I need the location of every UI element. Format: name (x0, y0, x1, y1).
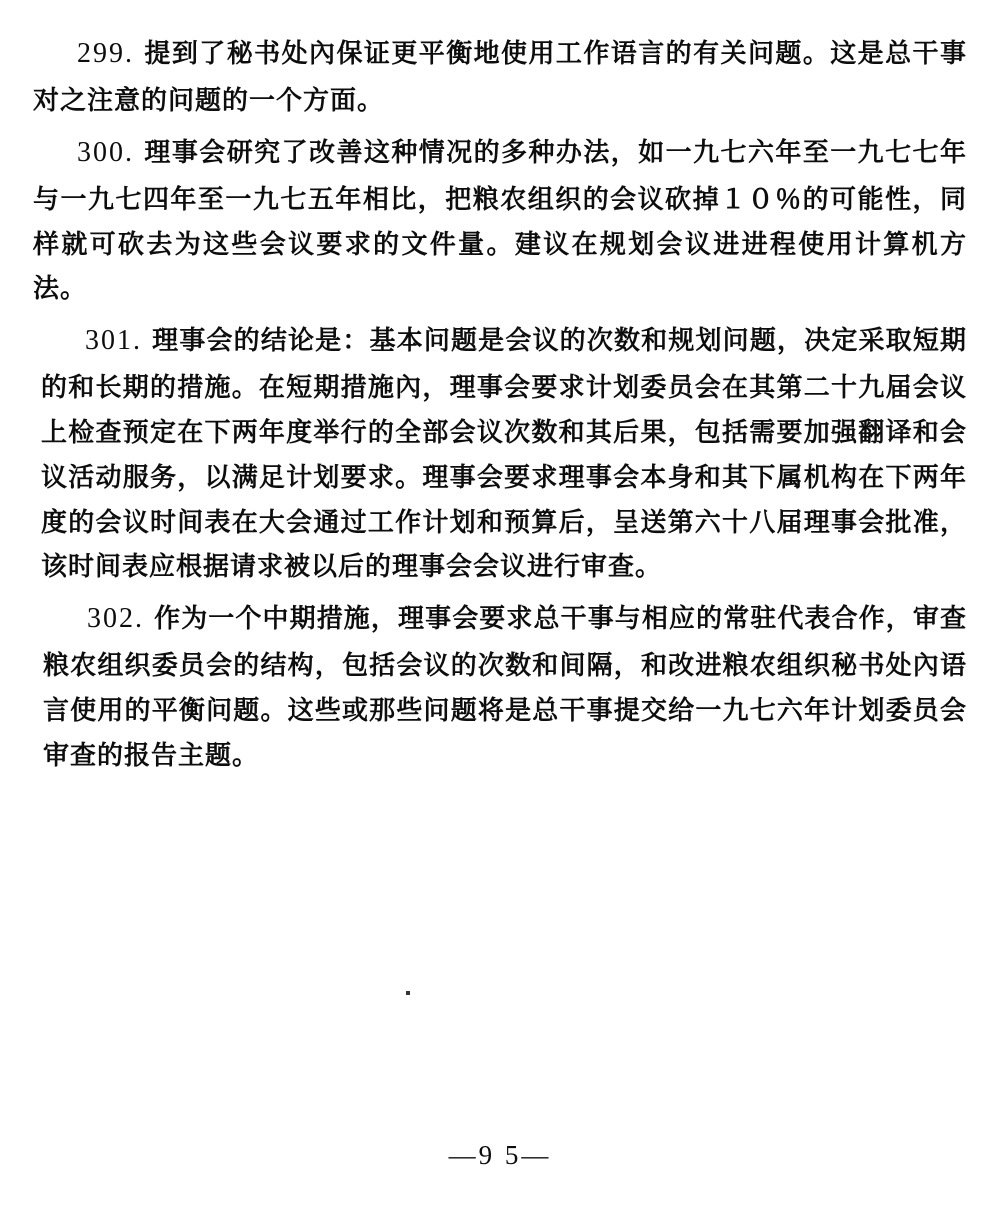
paragraph-300: 300.理事会研究了改善这种情况的多种办法，如一九七六年至一九七七年与一九七四年… (33, 129, 967, 311)
paragraph-301: 301.理事会的结论是：基本问题是会议的次数和规划问题，决定采取短期的和长期的措… (33, 317, 967, 589)
paragraph-302-number: 302. (87, 603, 154, 634)
paragraph-300-number: 300. (77, 137, 144, 168)
paragraph-300-text: 理事会研究了改善这种情况的多种办法，如一九七六年至一九七七年与一九七四年至一九七… (33, 137, 967, 304)
paragraph-302: 302.作为一个中期措施，理事会要求总干事与相应的常驻代表合作，审查粮农组织委员… (33, 595, 967, 777)
page-number: —9 5— (0, 1140, 1000, 1171)
paragraph-299-text: 提到了秘书处內保证更平衡地使用工作语言的有关问题。这是总干事对之注意的问题的一个… (33, 38, 967, 115)
document-page: 299.提到了秘书处內保证更平衡地使用工作语言的有关问题。这是总干事对之注意的问… (33, 30, 967, 783)
paragraph-301-text: 理事会的结论是：基本问题是会议的次数和规划问题，决定采取短期的和长期的措施。在短… (41, 325, 967, 581)
paragraph-299-number: 299. (77, 38, 144, 69)
scan-speck-artifact (406, 991, 410, 995)
paragraph-301-number: 301. (85, 325, 152, 356)
paragraph-302-text: 作为一个中期措施，理事会要求总干事与相应的常驻代表合作，审查粮农组织委员会的结构… (43, 603, 967, 770)
paragraph-299: 299.提到了秘书处內保证更平衡地使用工作语言的有关问题。这是总干事对之注意的问… (33, 30, 967, 123)
